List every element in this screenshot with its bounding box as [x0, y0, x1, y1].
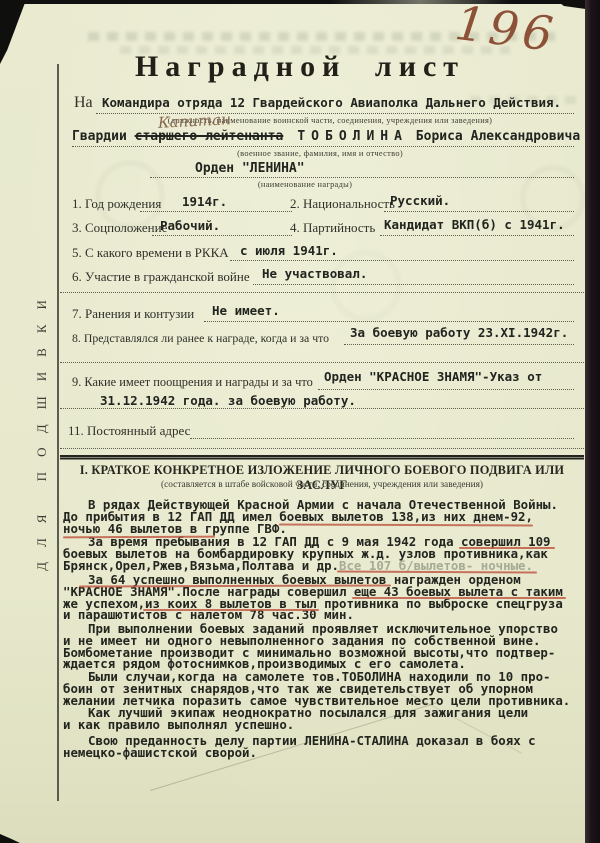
paragraph-5: Были случаи,когда на самолете тов.ТОБОЛИ…: [63, 671, 585, 706]
item-7-value: Не имеет.: [212, 303, 280, 318]
item-9-value-line2: 31.12.1942 года. за боевую работу.: [100, 393, 356, 408]
dotted-line: [344, 344, 574, 345]
item-5-value: с июля 1941г.: [240, 243, 338, 258]
red-underline: [279, 523, 533, 526]
rank-name-line: Гвардии старшего лейтенантаТОБОЛИНА Бори…: [72, 129, 580, 144]
dotted-line: [60, 448, 584, 449]
paragraph-4: При выполнении боевых заданий проявляет …: [63, 623, 585, 670]
item-9-value-line1: Орден "КРАСНОЕ ЗНАМЯ"-Указ от: [324, 369, 542, 384]
paragraph-6: Как лучший экипаж неоднократно посылался…: [63, 707, 585, 731]
scan-edge-bottom-left: [0, 831, 20, 843]
dotted-line: [72, 146, 574, 147]
dotted-line: [253, 284, 574, 285]
name-caption: (военное звание, фамилия, имя и отчество…: [150, 149, 490, 158]
dotted-line: [152, 235, 292, 236]
dotted-line: [380, 235, 574, 236]
red-underline: [63, 535, 215, 538]
name-patronymic: Бориса Александровича: [416, 129, 580, 144]
page-title: Наградной лист: [0, 50, 600, 84]
item-2-value: Русский.: [390, 193, 450, 208]
dotted-line: [318, 389, 574, 390]
rank-struck-out: старшего лейтенанта: [135, 129, 284, 144]
na-label: На: [74, 94, 93, 112]
surname: ТОБОЛИНА: [297, 129, 408, 144]
dotted-line: [150, 177, 574, 178]
dotted-line: [60, 408, 584, 409]
scan-edge-right: [585, 0, 600, 843]
item-11-label: 11. Постоянный адрес: [68, 423, 190, 439]
item-8-label: 8. Представлялся ли ранее к награде, ког…: [72, 331, 329, 346]
dotted-divider: [60, 292, 584, 293]
item-7-label: 7. Ранения и контузии: [72, 306, 194, 322]
paragraph-1: В рядах Действующей Красной Армии с нача…: [63, 499, 585, 534]
paragraph-2: За время пребывания в 12 ГАП ДД с 9 мая …: [63, 536, 585, 571]
item-1-label: 1. Год рождения: [72, 196, 161, 212]
item-9-label: 9. Какие имеет поощрения и награды и за …: [72, 375, 313, 390]
item-2-label: 2. Национальность: [290, 196, 395, 212]
paragraph-7: Свою преданность делу партии ЛЕНИНА-СТАЛ…: [63, 735, 585, 759]
rank-prefix: Гвардии: [72, 129, 127, 144]
dotted-line: [230, 260, 574, 261]
dotted-line: [190, 438, 574, 439]
left-margin-rule: [57, 64, 59, 801]
award-caption: (наименование награды): [195, 180, 415, 189]
red-underline: [143, 609, 319, 611]
item-6-label: 6. Участие в гражданской войне: [72, 269, 250, 285]
margin-vertical-text: ДЛЯ ПОДШИВКИ: [34, 228, 50, 628]
dotted-line: [140, 211, 292, 212]
red-underline: [352, 597, 566, 599]
item-4-label: 4. Партийность: [290, 220, 375, 236]
dotted-divider: [60, 362, 584, 363]
item-3-label: 3. Соцположение: [72, 220, 167, 236]
item-8-value: За боевую работу 23.XI.1942г.: [350, 325, 568, 340]
section-divider-rule: [60, 455, 584, 457]
combat-merit-description: В рядах Действующей Красной Армии с нача…: [63, 499, 585, 789]
award-value: Орден "ЛЕНИНА": [195, 161, 305, 176]
red-underline: [459, 547, 555, 549]
item-1-value: 1914г.: [182, 194, 227, 209]
item-6-value: Не участвовал.: [262, 266, 367, 281]
item-5-label: 5. С какого времени в РККА: [72, 245, 229, 261]
award-sheet-document: ДЛЯ ПОДШИВКИ 196 Наградной лист На Коман…: [0, 0, 600, 843]
section-caption: (составляется в штабе войсковой части, с…: [60, 480, 584, 490]
dotted-line: [204, 321, 574, 322]
item-3-value: Рабочий.: [160, 218, 220, 233]
position-value: Командира отряда 12 Гвардейского Авиапол…: [102, 95, 561, 110]
item-4-value: Кандидат ВКП(б) с 1941г.: [384, 217, 565, 232]
dotted-line: [384, 211, 574, 212]
